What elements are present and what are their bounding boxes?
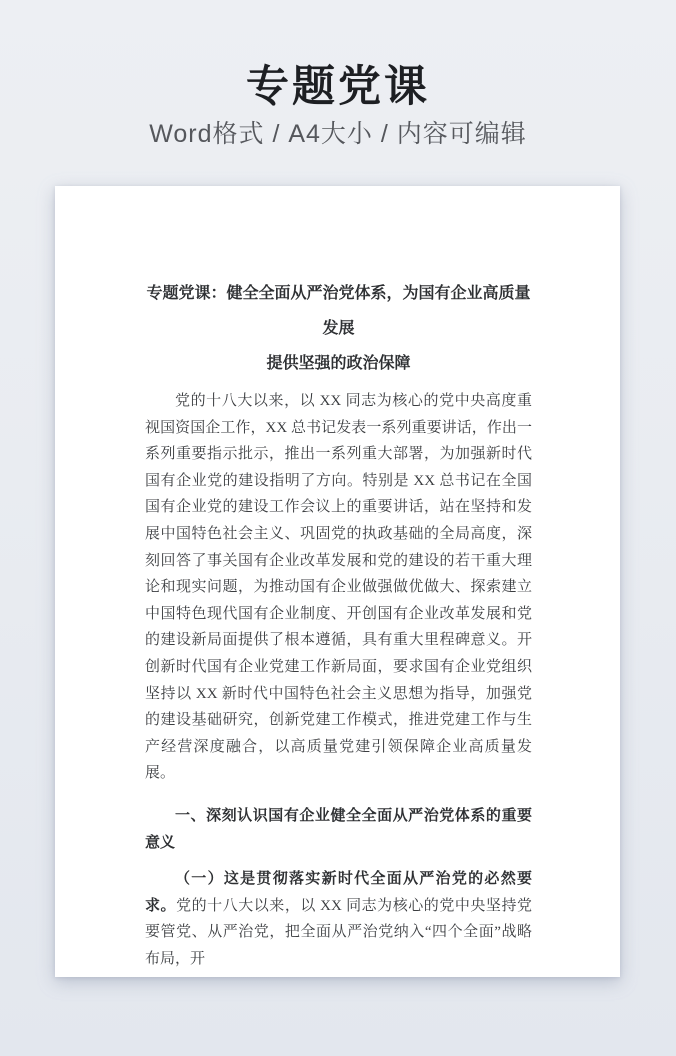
document-page-preview: 专题党课：健全全面从严治党体系，为国有企业高质量发展 提供坚强的政治保障 党的十… bbox=[55, 186, 620, 977]
document-title-line-1: 专题党课：健全全面从严治党体系，为国有企业高质量发展 bbox=[145, 276, 532, 346]
document-body: 党的十八大以来，以 XX 同志为核心的党中央高度重视国资国企工作，XX 总书记发… bbox=[145, 388, 532, 972]
document-content: 专题党课：健全全面从严治党体系，为国有企业高质量发展 提供坚强的政治保障 党的十… bbox=[55, 186, 620, 977]
banner-subtitle: Word格式 / A4大小 / 内容可编辑 bbox=[0, 119, 676, 149]
banner: 专题党课 Word格式 / A4大小 / 内容可编辑 bbox=[0, 0, 676, 149]
document-title: 专题党课：健全全面从严治党体系，为国有企业高质量发展 提供坚强的政治保障 bbox=[145, 276, 532, 381]
banner-title: 专题党课 bbox=[0, 63, 676, 111]
section-heading-1: 一、深刻认识国有企业健全全面从严治党体系的重要意义 bbox=[145, 803, 532, 856]
paragraph-continuation: 党的十八大以来，以 XX 同志为核心的党中央坚持党要管党、从严治党，把全面从严治… bbox=[145, 898, 532, 967]
paragraph-intro: 党的十八大以来，以 XX 同志为核心的党中央高度重视国资国企工作，XX 总书记发… bbox=[145, 388, 532, 787]
document-title-line-2: 提供坚强的政治保障 bbox=[145, 346, 532, 381]
paragraph-section-1-1: （一）这是贯彻落实新时代全面从严治党的必然要求。党的十八大以来，以 XX 同志为… bbox=[145, 866, 532, 972]
